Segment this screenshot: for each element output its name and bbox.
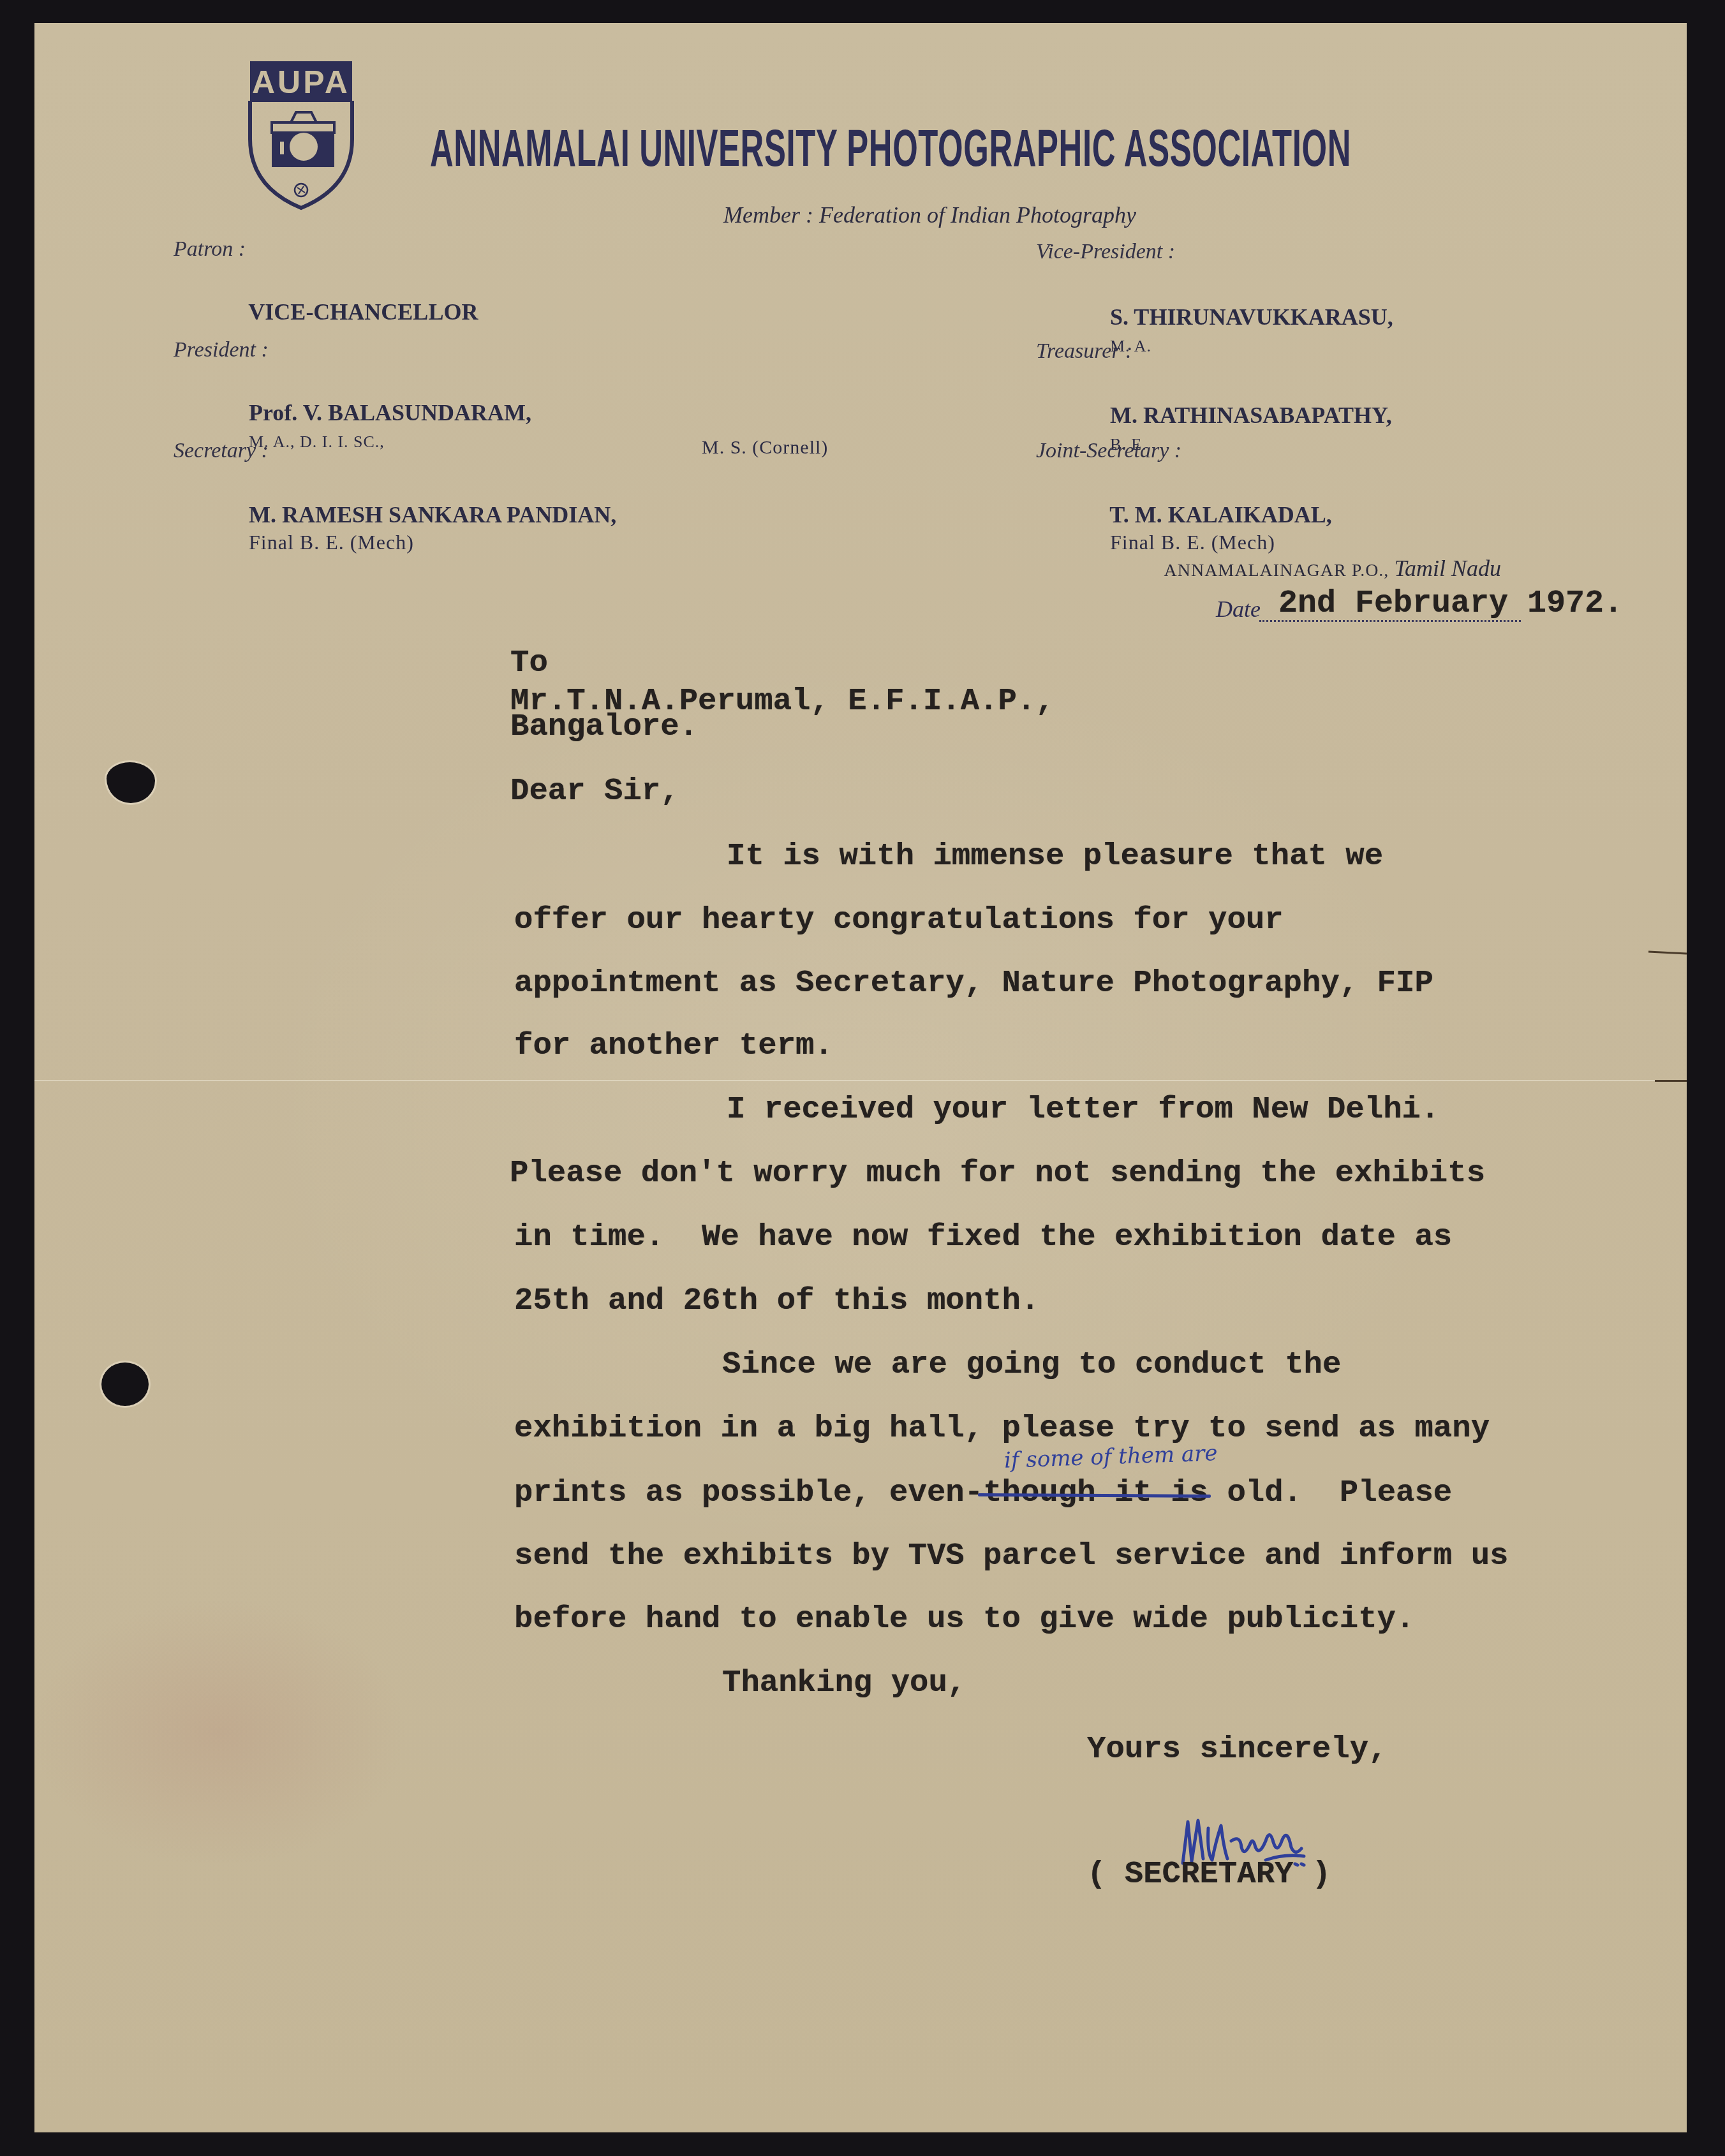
- body-line: for another term.: [514, 1028, 833, 1063]
- joint-secretary-label: Joint-Secretary :: [1036, 439, 1181, 463]
- body-line: in time. We have now fixed the exhibitio…: [514, 1219, 1452, 1255]
- president-qualification: M. A., D. I. I. SC.,: [249, 432, 385, 451]
- closing-line: Thanking you,: [722, 1665, 966, 1701]
- president-label: President :: [174, 338, 269, 362]
- membership-line: Member : Federation of Indian Photograph…: [723, 202, 1136, 228]
- president-name: Prof. V. BALASUNDARAM, M. A., D. I. I. S…: [226, 373, 531, 480]
- vice-president-name: S. THIRUNAVUKKARASU, M. A.: [1087, 277, 1393, 384]
- secretary-label: Secretary :: [174, 439, 269, 463]
- patron-label: Patron :: [174, 237, 246, 262]
- body-line: send the exhibits by TVS parcel service …: [514, 1538, 1508, 1574]
- svg-text:AUPA: AUPA: [252, 64, 350, 100]
- treasurer-name: M. RATHINASABAPATHY, B. E.: [1087, 375, 1392, 482]
- aupa-logo-icon: AUPA: [245, 56, 357, 212]
- body-line: before hand to enable us to give wide pu…: [514, 1601, 1414, 1637]
- body-line: I received your letter from New Delhi.: [727, 1091, 1439, 1127]
- treasurer-label: Treasurer :: [1036, 339, 1132, 364]
- valediction: Yours sincerely,: [1087, 1731, 1387, 1767]
- secretary-name: M. RAMESH SANKARA PANDIAN, Final B. E. (…: [226, 475, 616, 582]
- body-line: exhibition in a big hall, please try to …: [514, 1410, 1490, 1446]
- secretary-qualification: Final B. E. (Mech): [249, 531, 414, 554]
- body-line: It is with immense pleasure that we: [727, 838, 1383, 874]
- letter-page: AUPA ANNAMALAI UNIVERSITY PHOTOGRAPHIC A…: [34, 23, 1687, 2132]
- vice-president-label: Vice-President :: [1036, 240, 1175, 264]
- salutation: Dear Sir,: [510, 773, 679, 809]
- recipient-city: Bangalore.: [510, 709, 698, 744]
- fold-line: [34, 1080, 1687, 1081]
- president-qualification-2: M. S. (Cornell): [679, 406, 828, 486]
- body-line: offer our hearty congratulations for you…: [514, 902, 1284, 938]
- body-line: appointment as Secretary, Nature Photogr…: [514, 965, 1433, 1001]
- body-line-with-correction: prints as possible, even-though it is ol…: [514, 1475, 1452, 1510]
- body-line: Please don't worry much for not sending …: [510, 1155, 1485, 1191]
- organization-title: ANNAMALAI UNIVERSITY PHOTOGRAPHIC ASSOCI…: [430, 119, 1351, 179]
- date-label: Date: [1216, 596, 1261, 623]
- body-line: Since we are going to conduct the: [722, 1347, 1341, 1382]
- body-line: 25th and 26th of this month.: [514, 1283, 1039, 1318]
- struck-text: though it is: [983, 1475, 1208, 1510]
- edge-tear: [1655, 1080, 1687, 1082]
- to-label: To: [510, 645, 548, 681]
- signatory-title: ( SECRETARY ): [1087, 1856, 1331, 1892]
- date-value: 2nd February 1972.: [1278, 586, 1623, 622]
- punch-hole: [101, 1362, 149, 1406]
- punch-hole: [107, 762, 155, 803]
- edge-tear: [1648, 950, 1687, 954]
